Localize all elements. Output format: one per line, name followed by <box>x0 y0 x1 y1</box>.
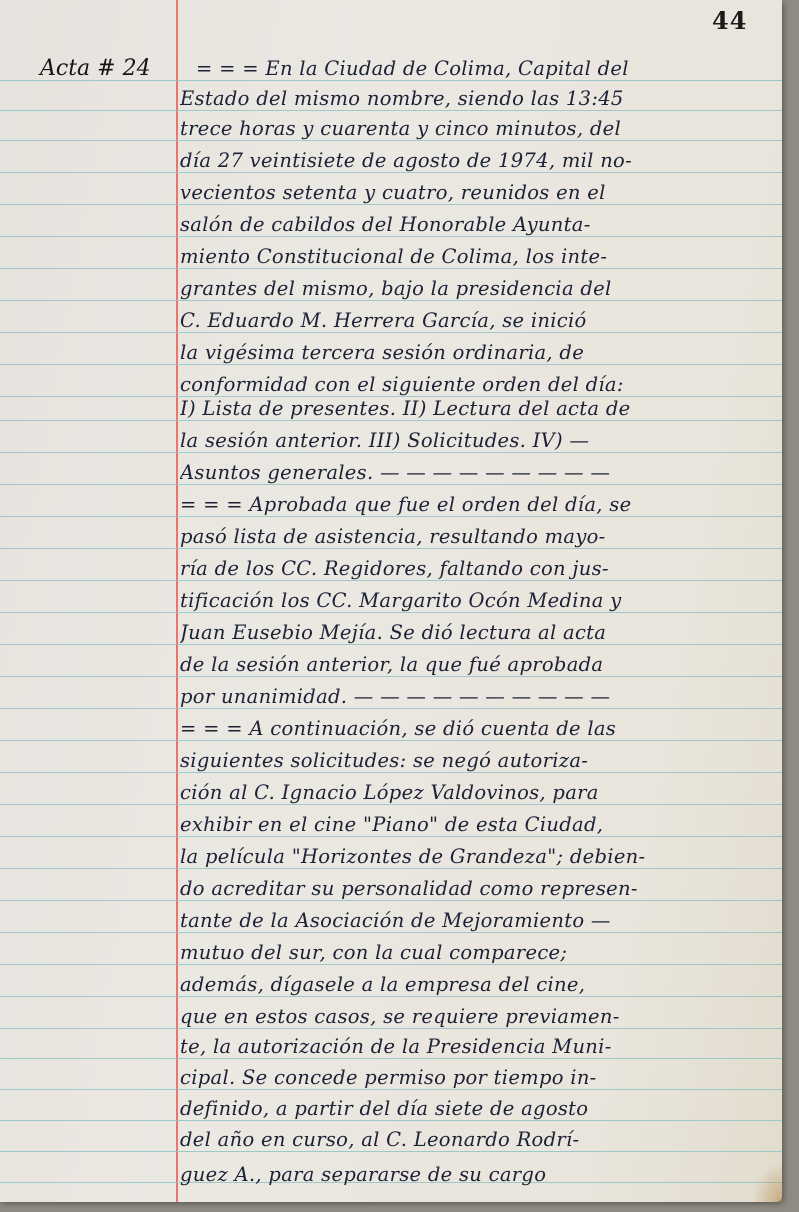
text-line: guez A., para separarse de su cargo <box>180 1160 776 1190</box>
text-line: además, dígasele a la empresa del cine, <box>180 970 776 1000</box>
text-line: te, la autorización de la Presidencia Mu… <box>180 1032 776 1062</box>
text-line: C. Eduardo M. Herrera García, se inició <box>180 306 776 336</box>
text-line: ción al C. Ignacio López Valdovinos, par… <box>180 778 776 808</box>
text-line: del año en curso, al C. Leonardo Rodrí- <box>180 1125 776 1155</box>
red-margin-line <box>176 0 178 1202</box>
text-line: por unanimidad. — — — — — — — — — — <box>180 682 776 712</box>
text-line: mutuo del sur, con la cual comparece; <box>180 938 776 968</box>
ledger-page: 44 Acta # 24 = = = En la Ciudad de Colim… <box>0 0 782 1202</box>
text-line: día 27 veintisiete de agosto de 1974, mi… <box>180 146 776 176</box>
text-line: siguientes solicitudes: se negó autoriza… <box>180 746 776 776</box>
text-line: ría de los CC. Regidores, faltando con j… <box>180 554 776 584</box>
text-line: grantes del mismo, bajo la presidencia d… <box>180 274 776 304</box>
text-line: de la sesión anterior, la que fué aproba… <box>180 650 776 680</box>
text-line: Asuntos generales. — — — — — — — — — <box>180 458 776 488</box>
text-line: pasó lista de asistencia, resultando may… <box>180 522 776 552</box>
text-line: = = = Aprobada que fue el orden del día,… <box>180 490 776 520</box>
text-line: cipal. Se concede permiso por tiempo in- <box>180 1063 776 1093</box>
text-line: tificación los CC. Margarito Ocón Medina… <box>180 586 776 616</box>
text-line: I) Lista de presentes. II) Lectura del a… <box>180 394 776 424</box>
page-number: 44 <box>712 6 747 35</box>
text-line: definido, a partir del día siete de agos… <box>180 1094 776 1124</box>
text-line: la película "Horizontes de Grandeza"; de… <box>180 842 776 872</box>
text-line: do acreditar su personalidad como repres… <box>180 874 776 904</box>
text-line: trece horas y cuarenta y cinco minutos, … <box>180 114 776 144</box>
text-line: = = = En la Ciudad de Colima, Capital de… <box>196 54 792 84</box>
text-line: = = = A continuación, se dió cuenta de l… <box>180 714 776 744</box>
text-line: Estado del mismo nombre, siendo las 13:4… <box>180 84 776 114</box>
text-line: exhibir en el cine "Piano" de esta Ciuda… <box>180 810 776 840</box>
text-line: miento Constitucional de Colima, los int… <box>180 242 776 272</box>
text-line: vecientos setenta y cuatro, reunidos en … <box>180 178 776 208</box>
text-line: Juan Eusebio Mejía. Se dió lectura al ac… <box>180 618 776 648</box>
text-line: la vigésima tercera sesión ordinaria, de <box>180 338 776 368</box>
text-line: la sesión anterior. III) Solicitudes. IV… <box>180 426 776 456</box>
text-line: que en estos casos, se requiere previame… <box>180 1002 776 1032</box>
text-line: salón de cabildos del Honorable Ayunta- <box>180 210 776 240</box>
act-label: Acta # 24 <box>40 56 151 81</box>
text-line: tante de la Asociación de Mejoramiento — <box>180 906 776 936</box>
